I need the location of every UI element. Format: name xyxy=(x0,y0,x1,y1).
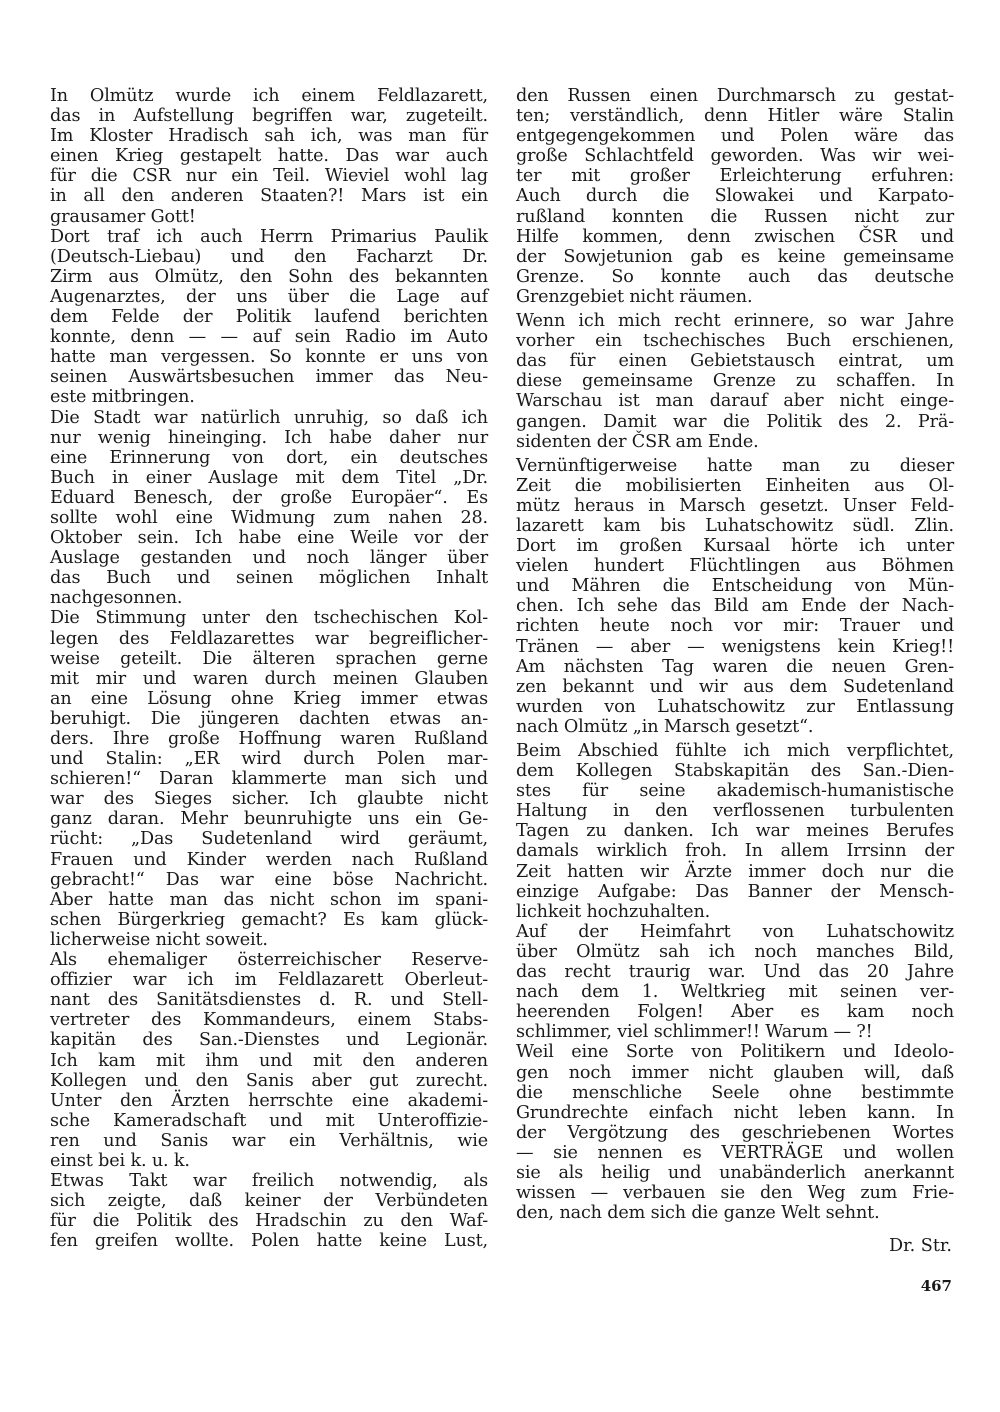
text-line: vielen hundert Flüchtlingen aus Böhmen xyxy=(516,556,954,576)
text-line: für die Politik des Hradschin zu den Waf… xyxy=(50,1211,488,1231)
text-line: grausamer Gott! xyxy=(50,207,488,227)
text-line: ter mit großer Erleichterung erfuhren: xyxy=(516,166,954,186)
paragraph: Wenn ich mich recht erinnere, so war Jah… xyxy=(516,311,954,452)
text-line: rußland konnten die Russen nicht zur xyxy=(516,207,954,227)
text-line: den, nach dem sich die ganze Welt sehnt. xyxy=(516,1203,954,1223)
text-line: lichkeit hochzuhalten. xyxy=(516,902,954,922)
text-line: Grenzgebiet nicht räumen. xyxy=(516,287,954,307)
text-line: entgegengekommen und Polen wäre das xyxy=(516,126,954,146)
text-line: kapitän des San.-Dienstes und Legionär. xyxy=(50,1030,488,1050)
text-line: damals wirklich froh. In allem Irrsinn d… xyxy=(516,841,954,861)
text-line: diese gemeinsame Grenze zu schaffen. In xyxy=(516,371,954,391)
text-line: Unter den Ärzten herrschte eine akademi- xyxy=(50,1091,488,1111)
text-line: Auf der Heimfahrt von Luhatschowitz xyxy=(516,922,954,942)
text-line: Weil eine Sorte von Politikern und Ideol… xyxy=(516,1042,954,1062)
text-line: Eduard Benesch, der große Europäer“. Es xyxy=(50,488,488,508)
text-line: einst bei k. u. k. xyxy=(50,1151,488,1171)
text-line: Zeit hatten wir Ärzte immer doch nur die xyxy=(516,862,954,882)
text-line: Dort im großen Kursaal hörte ich unter xyxy=(516,536,954,556)
text-line: Buch in einer Auslage mit dem Titel „Dr. xyxy=(50,468,488,488)
text-line: heerenden Folgen! Aber es kam noch xyxy=(516,1002,954,1022)
text-line: Etwas Takt war freilich notwendig, als xyxy=(50,1171,488,1191)
text-line: das in Aufstellung begriffen war, zugete… xyxy=(50,106,488,126)
text-line: Die Stadt war natürlich unruhig, so daß … xyxy=(50,408,488,428)
text-line: nant des Sanitätsdienstes d. R. und Stel… xyxy=(50,990,488,1010)
text-line: Warschau ist man darauf aber nicht einge… xyxy=(516,391,954,411)
text-line: este mitbringen. xyxy=(50,387,488,407)
author-signature: Dr. Str. xyxy=(516,1236,952,1256)
text-line: ren und Sanis war ein Verhältnis, wie xyxy=(50,1131,488,1151)
text-line: mütz heraus in Marsch gesetzt. Unser Fel… xyxy=(516,496,954,516)
text-line: lazarett kam bis Luhatschowitz südl. Zli… xyxy=(516,516,954,536)
text-line: chen. Ich sehe das Bild am Ende der Nach… xyxy=(516,596,954,616)
paragraph: Vernünftigerweise hatte man zu dieserZei… xyxy=(516,456,954,737)
paragraph: Dort traf ich auch Herrn Primarius Pauli… xyxy=(50,227,488,408)
text-line: dem Kollegen Stabskapitän des San.-Dien- xyxy=(516,761,954,781)
text-line: hatte man vergessen. So konnte er uns vo… xyxy=(50,347,488,367)
text-line: große Schlachtfeld geworden. Was wir wei… xyxy=(516,146,954,166)
text-line: licherweise nicht soweit. xyxy=(50,930,488,950)
paragraph: Beim Abschied fühlte ich mich verpflicht… xyxy=(516,741,954,922)
text-line: wurden von Luhatschowitz zur Entlassung xyxy=(516,697,954,717)
text-line: seinen Auswärtsbesuchen immer das Neu- xyxy=(50,367,488,387)
text-line: Dort traf ich auch Herrn Primarius Pauli… xyxy=(50,227,488,247)
text-line: gen noch immer nicht glauben will, daß xyxy=(516,1063,954,1083)
paragraph: Auf der Heimfahrt von Luhatschowitzüber … xyxy=(516,922,954,1043)
text-line: das Buch und seinen möglichen Inhalt xyxy=(50,568,488,588)
text-line: schen Bürgerkrieg gemacht? Es kam glück- xyxy=(50,910,488,930)
text-line: Augenarztes, der uns über die Lage auf xyxy=(50,287,488,307)
text-line: Am nächsten Tag waren die neuen Gren- xyxy=(516,657,954,677)
text-line: über Olmütz sah ich noch manches Bild, xyxy=(516,942,954,962)
right-column: den Russen einen Durchmarsch zu gestat-t… xyxy=(516,86,954,1223)
text-line: Zeit die mobilisierten Einheiten aus Ol- xyxy=(516,476,954,496)
text-line: Grundrechte einfach nicht leben kann. In xyxy=(516,1103,954,1123)
text-line: rücht: „Das Sudetenland wird geräumt, xyxy=(50,829,488,849)
text-line: nach Olmütz „in Marsch gesetzt“. xyxy=(516,717,954,737)
text-line: sche Kameradschaft und mit Unteroffizie- xyxy=(50,1111,488,1131)
text-line: das recht traurig war. Und das 20 Jahre xyxy=(516,962,954,982)
text-line: für die CSR nur ein Teil. Wieviel wohl l… xyxy=(50,166,488,186)
text-line: Wenn ich mich recht erinnere, so war Jah… xyxy=(516,311,954,331)
text-line: stes für seine akademisch-humanistische xyxy=(516,781,954,801)
text-line: Beim Abschied fühlte ich mich verpflicht… xyxy=(516,741,954,761)
left-column: In Olmütz wurde ich einem Feldlazarett,d… xyxy=(50,86,488,1251)
text-line: sie als heilig und unabänderlich anerkan… xyxy=(516,1163,954,1183)
text-line: schieren!“ Daran klammerte man sich und xyxy=(50,769,488,789)
text-line: Die Stimmung unter den tschechischen Kol… xyxy=(50,608,488,628)
text-line: sollte wohl eine Widmung zum nahen 28. xyxy=(50,508,488,528)
paragraph: Weil eine Sorte von Politikern und Ideol… xyxy=(516,1042,954,1223)
text-line: — sie nennen es VERTRÄGE und wollen xyxy=(516,1143,954,1163)
text-line: dem Felde der Politik laufend berichten xyxy=(50,307,488,327)
text-line: Oktober sein. Ich habe eine Weile vor de… xyxy=(50,528,488,548)
text-line: gebracht!“ Das war eine böse Nachricht. xyxy=(50,870,488,890)
text-line: Grenze. So konnte auch das deutsche xyxy=(516,267,954,287)
text-line: wissen — verbauen sie den Weg zum Frie- xyxy=(516,1183,954,1203)
document-page: In Olmütz wurde ich einem Feldlazarett,d… xyxy=(0,0,1000,1412)
text-line: Im Kloster Hradisch sah ich, was man für xyxy=(50,126,488,146)
text-line: Auch durch die Slowakei und Karpato- xyxy=(516,186,954,206)
text-line: ganz daran. Mehr beunruhigte uns ein Ge- xyxy=(50,809,488,829)
text-line: an eine Lösung ohne Krieg immer etwas xyxy=(50,689,488,709)
text-line: zen bekannt und wir aus dem Sudetenland xyxy=(516,677,954,697)
text-line: sidenten der ČSR am Ende. xyxy=(516,432,954,452)
text-line: ders. Ihre große Hoffnung waren Rußland xyxy=(50,729,488,749)
text-line: Haltung in den verflossenen turbulenten xyxy=(516,801,954,821)
text-line: Vernünftigerweise hatte man zu dieser xyxy=(516,456,954,476)
text-line: Auslage gestanden und noch länger über xyxy=(50,548,488,568)
text-line: Tagen zu danken. Ich war meines Berufes xyxy=(516,821,954,841)
text-line: gangen. Damit war die Politik des 2. Prä… xyxy=(516,412,954,432)
text-line: richten heute noch vor mir: Trauer und xyxy=(516,616,954,636)
text-line: den Russen einen Durchmarsch zu gestat- xyxy=(516,86,954,106)
text-line: die menschliche Seele ohne bestimmte xyxy=(516,1083,954,1103)
text-line: beruhigt. Die jüngeren dachten etwas an- xyxy=(50,709,488,729)
text-line: vertreter des Kommandeurs, einem Stabs- xyxy=(50,1010,488,1030)
text-line: sich zeigte, daß keiner der Verbündeten xyxy=(50,1191,488,1211)
text-line: nach dem 1. Weltkrieg mit seinen ver- xyxy=(516,982,954,1002)
text-line: mit mir und waren durch meinen Glauben xyxy=(50,669,488,689)
text-line: Zirm aus Olmütz, den Sohn des bekannten xyxy=(50,267,488,287)
text-line: fen greifen wollte. Polen hatte keine Lu… xyxy=(50,1231,488,1251)
text-line: der Vergötzung des geschriebenen Wortes xyxy=(516,1123,954,1143)
paragraph: den Russen einen Durchmarsch zu gestat-t… xyxy=(516,86,954,307)
text-line: nachgesonnen. xyxy=(50,588,488,608)
text-line: und Mähren die Entscheidung von Mün- xyxy=(516,576,954,596)
paragraph: Die Stimmung unter den tschechischen Kol… xyxy=(50,608,488,950)
paragraph: Als ehemaliger österreichischer Reserve-… xyxy=(50,950,488,1171)
text-line: konnte, denn — — auf sein Radio im Auto xyxy=(50,327,488,347)
paragraph: Die Stadt war natürlich unruhig, so daß … xyxy=(50,408,488,609)
text-line: war des Sieges sicher. Ich glaubte nicht xyxy=(50,789,488,809)
text-line: offizier war ich im Feldlazarett Oberleu… xyxy=(50,970,488,990)
text-line: in all den anderen Staaten?! Mars ist ei… xyxy=(50,186,488,206)
text-line: schlimmer, viel schlimmer!! Warum — ?! xyxy=(516,1022,954,1042)
text-line: Kollegen und den Sanis aber gut zurecht. xyxy=(50,1071,488,1091)
text-line: einzige Aufgabe: Das Banner der Mensch- xyxy=(516,882,954,902)
text-line: Tränen — aber — wenigstens kein Krieg!! xyxy=(516,637,954,657)
text-line: legen des Feldlazarettes war begreiflich… xyxy=(50,629,488,649)
text-line: Aber hatte man das nicht schon im spani- xyxy=(50,890,488,910)
text-line: ten; verständlich, denn Hitler wäre Stal… xyxy=(516,106,954,126)
text-line: Hilfe kommen, denn zwischen ČSR und xyxy=(516,227,954,247)
text-line: eine Erinnerung von dort, ein deutsches xyxy=(50,448,488,468)
text-line: (Deutsch-Liebau) und den Facharzt Dr. xyxy=(50,247,488,267)
text-line: Ich kam mit ihm und mit den anderen xyxy=(50,1051,488,1071)
text-line: In Olmütz wurde ich einem Feldlazarett, xyxy=(50,86,488,106)
text-line: Als ehemaliger österreichischer Reserve- xyxy=(50,950,488,970)
text-line: einen Krieg gestapelt hatte. Das war auc… xyxy=(50,146,488,166)
text-line: das für einen Gebietstausch eintrat, um xyxy=(516,351,954,371)
text-line: weise geteilt. Die älteren sprachen gern… xyxy=(50,649,488,669)
text-line: vorher ein tschechisches Buch erschienen… xyxy=(516,331,954,351)
paragraph: In Olmütz wurde ich einem Feldlazarett,d… xyxy=(50,86,488,227)
page-number: 467 xyxy=(516,1276,952,1296)
paragraph: Etwas Takt war freilich notwendig, alssi… xyxy=(50,1171,488,1251)
text-line: nur wenig hineinging. Ich habe daher nur xyxy=(50,428,488,448)
text-line: Frauen und Kinder werden nach Rußland xyxy=(50,850,488,870)
text-line: der Sowjetunion gab es keine gemeinsame xyxy=(516,247,954,267)
text-line: und Stalin: „ER wird durch Polen mar- xyxy=(50,749,488,769)
